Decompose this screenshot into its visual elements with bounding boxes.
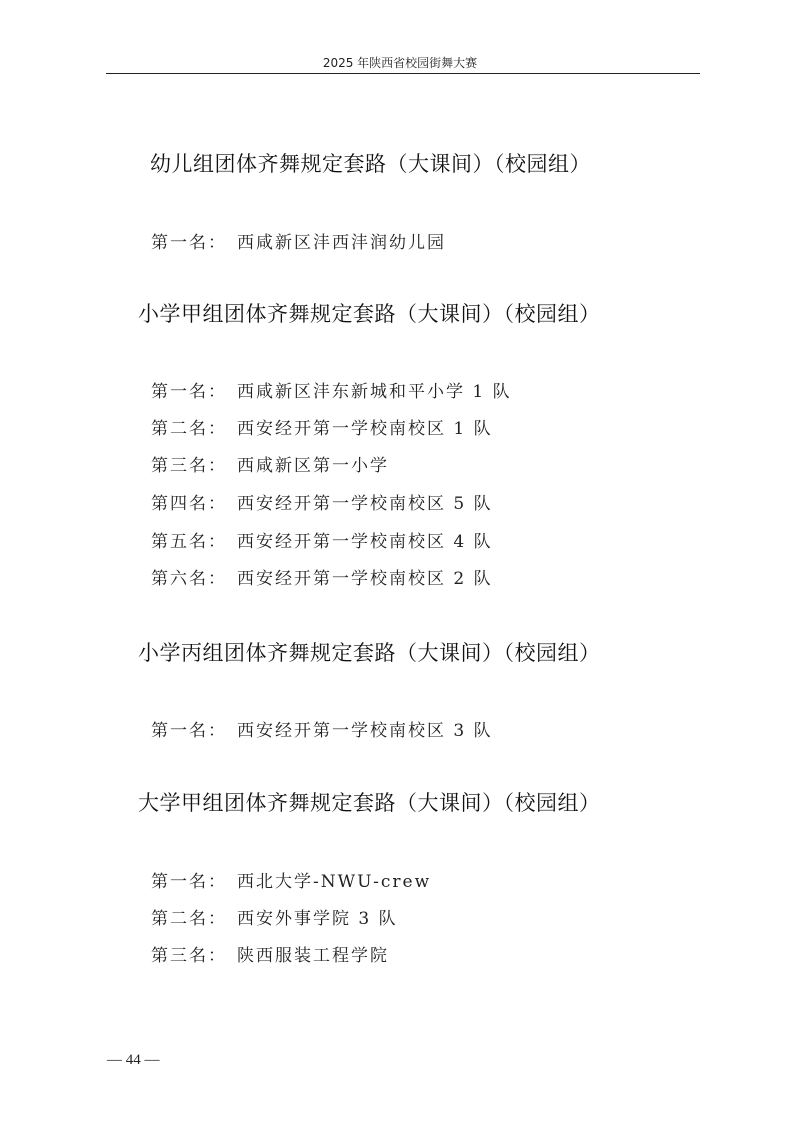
rank-label: 第六名： bbox=[151, 564, 237, 589]
team-name: 西安经开第一学校南校区 2 队 bbox=[237, 569, 493, 589]
rank-label: 第三名： bbox=[151, 451, 237, 476]
team-name: 西北大学-NWU-crew bbox=[237, 872, 431, 892]
team-name: 陕西服装工程学院 bbox=[237, 946, 389, 966]
section-title: 小学丙组团体齐舞规定套路（大课间）（校园组） bbox=[138, 637, 601, 667]
team-name: 西安经开第一学校南校区 1 队 bbox=[237, 419, 493, 439]
rank-label: 第二名： bbox=[151, 414, 237, 439]
rank-label: 第二名： bbox=[151, 904, 237, 929]
result-entry: 第六名：西安经开第一学校南校区 2 队 bbox=[151, 564, 493, 589]
team-name: 西安外事学院 3 队 bbox=[237, 909, 398, 929]
result-entry: 第二名：西安经开第一学校南校区 1 队 bbox=[151, 414, 493, 439]
team-name: 西安经开第一学校南校区 4 队 bbox=[237, 532, 493, 552]
team-name: 西安经开第一学校南校区 5 队 bbox=[237, 494, 493, 514]
rank-label: 第三名： bbox=[151, 941, 237, 966]
result-entry: 第一名：西安经开第一学校南校区 3 队 bbox=[151, 716, 493, 741]
page-number: — 44 — bbox=[107, 1052, 160, 1069]
result-entry: 第五名：西安经开第一学校南校区 4 队 bbox=[151, 527, 493, 552]
rank-label: 第一名： bbox=[151, 228, 237, 253]
rank-label: 第一名： bbox=[151, 377, 237, 402]
result-entry: 第三名：西咸新区第一小学 bbox=[151, 451, 389, 476]
result-entry: 第三名：陕西服装工程学院 bbox=[151, 941, 389, 966]
result-entry: 第一名：西北大学-NWU-crew bbox=[151, 867, 431, 892]
header-divider bbox=[106, 73, 700, 74]
team-name: 西安经开第一学校南校区 3 队 bbox=[237, 721, 493, 741]
result-entry: 第一名：西咸新区沣西沣润幼儿园 bbox=[151, 228, 446, 253]
rank-label: 第四名： bbox=[151, 489, 237, 514]
rank-label: 第一名： bbox=[151, 716, 237, 741]
rank-label: 第一名： bbox=[151, 867, 237, 892]
result-entry: 第二名：西安外事学院 3 队 bbox=[151, 904, 398, 929]
team-name: 西咸新区第一小学 bbox=[237, 456, 389, 476]
section-title: 幼儿组团体齐舞规定套路（大课间）（校园组） bbox=[150, 148, 591, 178]
result-entry: 第四名：西安经开第一学校南校区 5 队 bbox=[151, 489, 493, 514]
header-title: 2025 年陕西省校园街舞大赛 bbox=[0, 54, 800, 71]
team-name: 西咸新区沣东新城和平小学 1 队 bbox=[237, 382, 512, 402]
rank-label: 第五名： bbox=[151, 527, 237, 552]
result-entry: 第一名：西咸新区沣东新城和平小学 1 队 bbox=[151, 377, 512, 402]
team-name: 西咸新区沣西沣润幼儿园 bbox=[237, 233, 446, 253]
section-title: 大学甲组团体齐舞规定套路（大课间）（校园组） bbox=[138, 787, 601, 817]
section-title: 小学甲组团体齐舞规定套路（大课间）（校园组） bbox=[138, 298, 601, 328]
